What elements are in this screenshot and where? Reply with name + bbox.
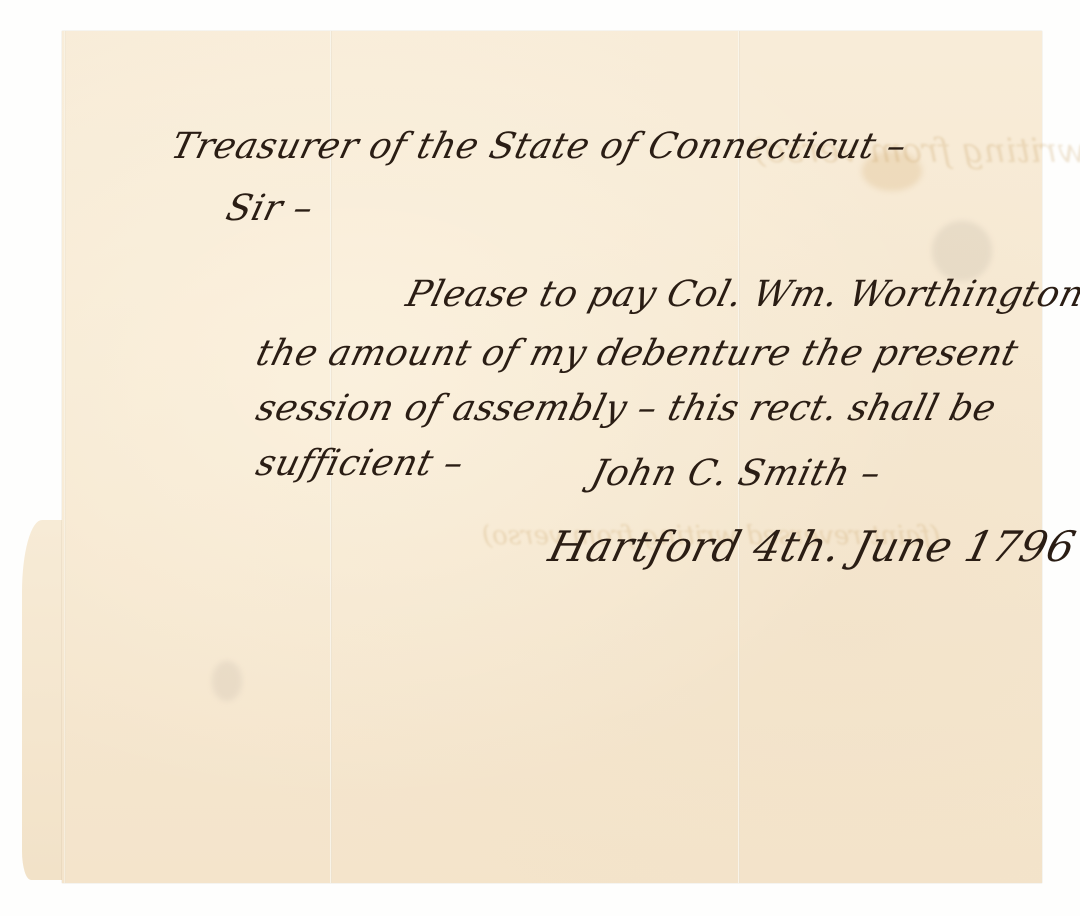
paper-sheet: (faint reversed writing from verso) (fai…	[62, 31, 1042, 883]
postmark-ghost	[932, 221, 992, 281]
place-and-date: Hartford 4th. June 1796	[545, 526, 1080, 568]
addressee-line: Treasurer of the State of Connecticut –	[168, 129, 911, 165]
fold-line	[64, 31, 66, 883]
spot	[212, 661, 242, 701]
body-line-3: session of assembly – this rect. shall b…	[253, 391, 1000, 427]
greeting: Sir –	[223, 191, 317, 227]
document-scan: (faint reversed writing from verso) (fai…	[0, 0, 1080, 916]
body-line-2: the amount of my debenture the present	[253, 336, 1022, 372]
body-line-1: Please to pay Col. Wm. Worthington	[403, 277, 1080, 313]
signature: John C. Smith –	[588, 456, 885, 492]
body-line-4: sufficient –	[253, 446, 468, 482]
